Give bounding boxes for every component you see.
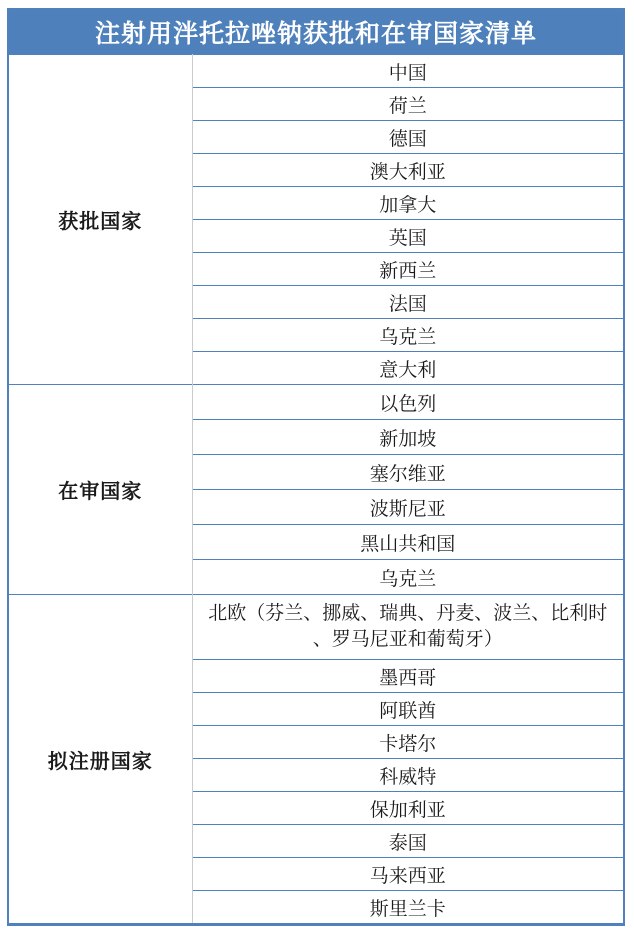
country-cell: 泰国 bbox=[192, 825, 624, 858]
section-label-planned-registration: 拟注册国家 bbox=[8, 595, 192, 925]
section-label-approved: 获批国家 bbox=[8, 55, 192, 385]
table-title: 注射用泮托拉唑钠获批和在审国家清单 bbox=[8, 9, 624, 55]
country-cell: 澳大利亚 bbox=[192, 154, 624, 187]
country-cell: 卡塔尔 bbox=[192, 726, 624, 759]
country-cell: 墨西哥 bbox=[192, 660, 624, 693]
approved-countries-table: 注射用泮托拉唑钠获批和在审国家清单 获批国家 中国 荷兰 德国 澳大利亚 加拿大… bbox=[7, 8, 625, 926]
country-cell: 乌克兰 bbox=[192, 319, 624, 352]
section-approved-countries: 获批国家 中国 荷兰 德国 澳大利亚 加拿大 英国 新西兰 法国 乌克兰 意大利 bbox=[8, 55, 624, 385]
document-page: 注射用泮托拉唑钠获批和在审国家清单 获批国家 中国 荷兰 德国 澳大利亚 加拿大… bbox=[0, 0, 634, 934]
country-cell: 保加利亚 bbox=[192, 792, 624, 825]
table-row: 在审国家 以色列 bbox=[8, 385, 624, 420]
country-cell: 以色列 bbox=[192, 385, 624, 420]
section-label-under-review: 在审国家 bbox=[8, 385, 192, 595]
title-row: 注射用泮托拉唑钠获批和在审国家清单 bbox=[8, 9, 624, 55]
country-cell: 中国 bbox=[192, 55, 624, 88]
country-cell: 乌克兰 bbox=[192, 560, 624, 595]
table-row: 拟注册国家 北欧（芬兰、挪威、瑞典、丹麦、波兰、比利时、罗马尼亚和葡萄牙） bbox=[8, 595, 624, 660]
country-cell: 塞尔维亚 bbox=[192, 455, 624, 490]
section-planned-registration-countries: 拟注册国家 北欧（芬兰、挪威、瑞典、丹麦、波兰、比利时、罗马尼亚和葡萄牙） 墨西… bbox=[8, 595, 624, 925]
table-header: 注射用泮托拉唑钠获批和在审国家清单 bbox=[8, 9, 624, 55]
country-cell: 新加坡 bbox=[192, 420, 624, 455]
country-cell: 科威特 bbox=[192, 759, 624, 792]
country-cell: 阿联酋 bbox=[192, 693, 624, 726]
country-cell: 黑山共和国 bbox=[192, 525, 624, 560]
country-cell: 英国 bbox=[192, 220, 624, 253]
country-cell: 德国 bbox=[192, 121, 624, 154]
country-cell: 北欧（芬兰、挪威、瑞典、丹麦、波兰、比利时、罗马尼亚和葡萄牙） bbox=[192, 595, 624, 660]
section-under-review-countries: 在审国家 以色列 新加坡 塞尔维亚 波斯尼亚 黑山共和国 乌克兰 bbox=[8, 385, 624, 595]
country-cell: 新西兰 bbox=[192, 253, 624, 286]
country-cell: 荷兰 bbox=[192, 88, 624, 121]
country-cell: 马来西亚 bbox=[192, 858, 624, 891]
table-row: 获批国家 中国 bbox=[8, 55, 624, 88]
country-cell: 波斯尼亚 bbox=[192, 490, 624, 525]
country-cell: 法国 bbox=[192, 286, 624, 319]
country-cell: 意大利 bbox=[192, 352, 624, 385]
country-cell: 斯里兰卡 bbox=[192, 891, 624, 925]
country-cell: 加拿大 bbox=[192, 187, 624, 220]
